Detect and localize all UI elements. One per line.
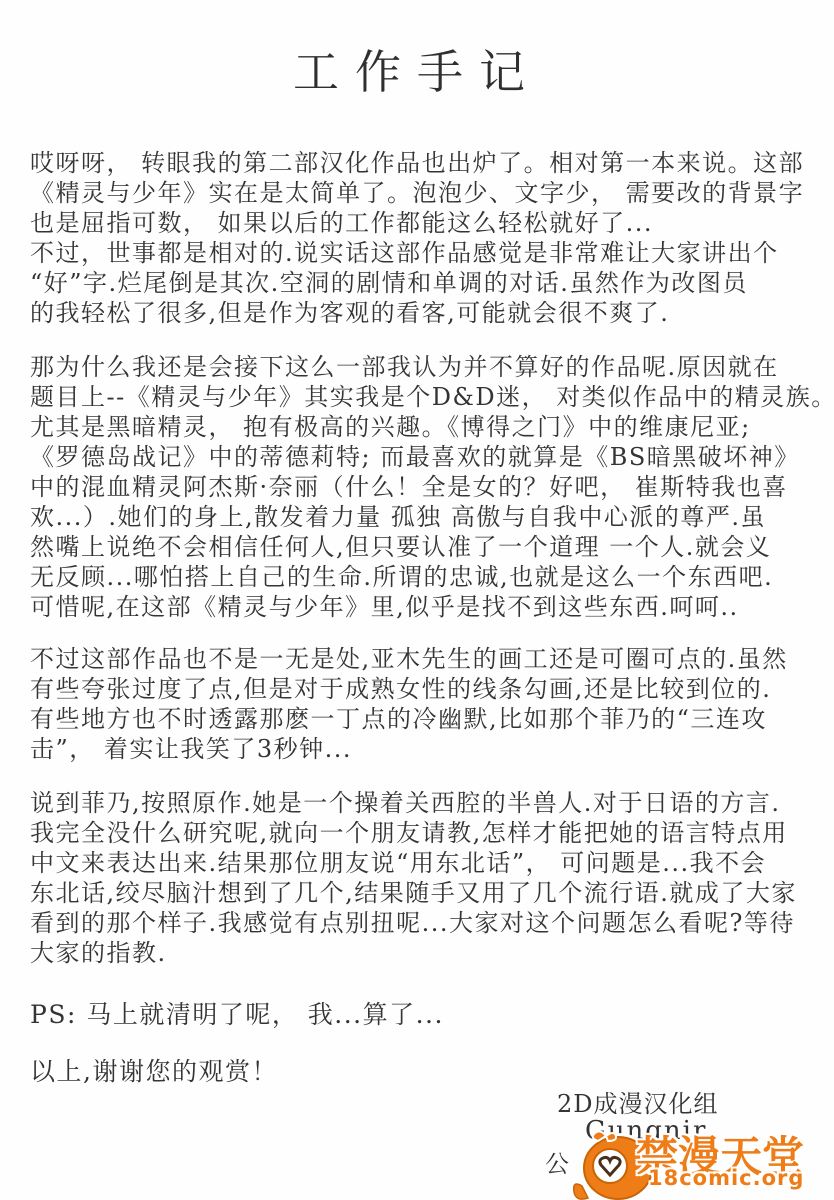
text-line: 不过，世事都是相对的.说实话这部作品感觉是非常难让大家讲出个 [30,238,826,268]
text-line: 欢...）.她们的身上,散发着力量 孤独 高傲与自我中心派的尊严.虽 [30,502,826,532]
text-line: 也是屈指可数， 如果以后的工作都能这么轻松就好了... [30,208,826,238]
paragraph-2: 那为什么我还是会接下这么一部我认为并不算好的作品呢.原因就在 题目上--《精灵与… [30,352,826,622]
text-line: 的我轻松了很多,但是作为客观的看客,可能就会很不爽了. [30,298,826,328]
text-line: 我完全没什么研究呢,就向一个朋友请教,怎样才能把她的语言特点用 [30,818,826,848]
site-watermark: 禁漫天堂 18comic.org [560,1120,834,1200]
ps-note: PS: 马上就清明了呢， 我...算了... [30,995,444,1031]
text-line: 哎呀呀， 转眼我的第二部汉化作品也出炉了。相对第一本来说。这部 [30,148,826,178]
text-line: 《罗德岛战记》中的蒂德莉特; 而最喜欢的就算是《BS暗黑破坏神》 [30,442,826,472]
text-line: 东北话,绞尽脑汁想到了几个,结果随手又用了几个流行语.就成了大家 [30,878,826,908]
text-line: 可惜呢,在这部《精灵与少年》里,似乎是找不到这些东西.呵呵.. [30,592,826,622]
page-title: 工作手记 [0,36,834,102]
translation-group-name: 2D成漫汉化组 [557,1084,719,1119]
text-line: 《精灵与少年》实在是太简单了。泡泡少、文字少， 需要改的背景字 [30,178,826,208]
text-line: 说到菲乃,按照原作.她是一个操着关西腔的半兽人.对于日语的方言. [30,788,826,818]
text-line: 中文来表达出来.结果那位朋友说“用东北话”， 可问题是...我不会 [30,848,826,878]
text-line: 有些夸张过度了点,但是对于成熟女性的线条勾画,还是比较到位的. [30,674,826,704]
document-page: 工作手记 哎呀呀， 转眼我的第二部汉化作品也出炉了。相对第一本来说。这部 《精灵… [0,0,834,1200]
text-line: 击”， 着实让我笑了3秒钟... [30,734,826,764]
text-line: 大家的指教. [30,938,826,968]
paragraph-1: 哎呀呀， 转眼我的第二部汉化作品也出炉了。相对第一本来说。这部 《精灵与少年》实… [30,148,826,328]
text-line: 题目上--《精灵与少年》其实我是个D&D迷， 对类似作品中的精灵族。 [30,382,826,412]
text-line: 中的混血精灵阿杰斯·奈丽（什么！全是女的？好吧， 崔斯特我也喜 [30,472,826,502]
paragraph-4: 说到菲乃,按照原作.她是一个操着关西腔的半兽人.对于日语的方言. 我完全没什么研… [30,788,826,968]
text-line: 尤其是黑暗精灵， 抱有极高的兴趣。《博得之门》中的维康尼亚; [30,412,826,442]
text-line: 看到的那个样子.我感觉有点别扭呢...大家对这个问题怎么看呢?等待 [30,908,826,938]
text-line: 不过这部作品也不是一无是处,亚木先生的画工还是可圈可点的.虽然 [30,644,826,674]
text-line: “好”字.烂尾倒是其次.空洞的剧情和单调的对话.虽然作为改图员 [30,268,826,298]
closing-line: 以上,谢谢您的观赏！ [30,1052,278,1088]
text-line: 无反顾...哪怕搭上自己的生命.所谓的忠诚,也就是这么一个东西吧. [30,562,826,592]
paragraph-3: 不过这部作品也不是一无是处,亚木先生的画工还是可圈可点的.虽然 有些夸张过度了点… [30,644,826,764]
watermark-site-url: 18comic.org [648,1166,804,1190]
text-line: 那为什么我还是会接下这么一部我认为并不算好的作品呢.原因就在 [30,352,826,382]
text-line: 然嘴上说绝不会相信任何人,但只要认准了一个道理 一个人.就会义 [30,532,826,562]
text-line: 有些地方也不时透露那麽一丁点的冷幽默,比如那个菲乃的“三连攻 [30,704,826,734]
